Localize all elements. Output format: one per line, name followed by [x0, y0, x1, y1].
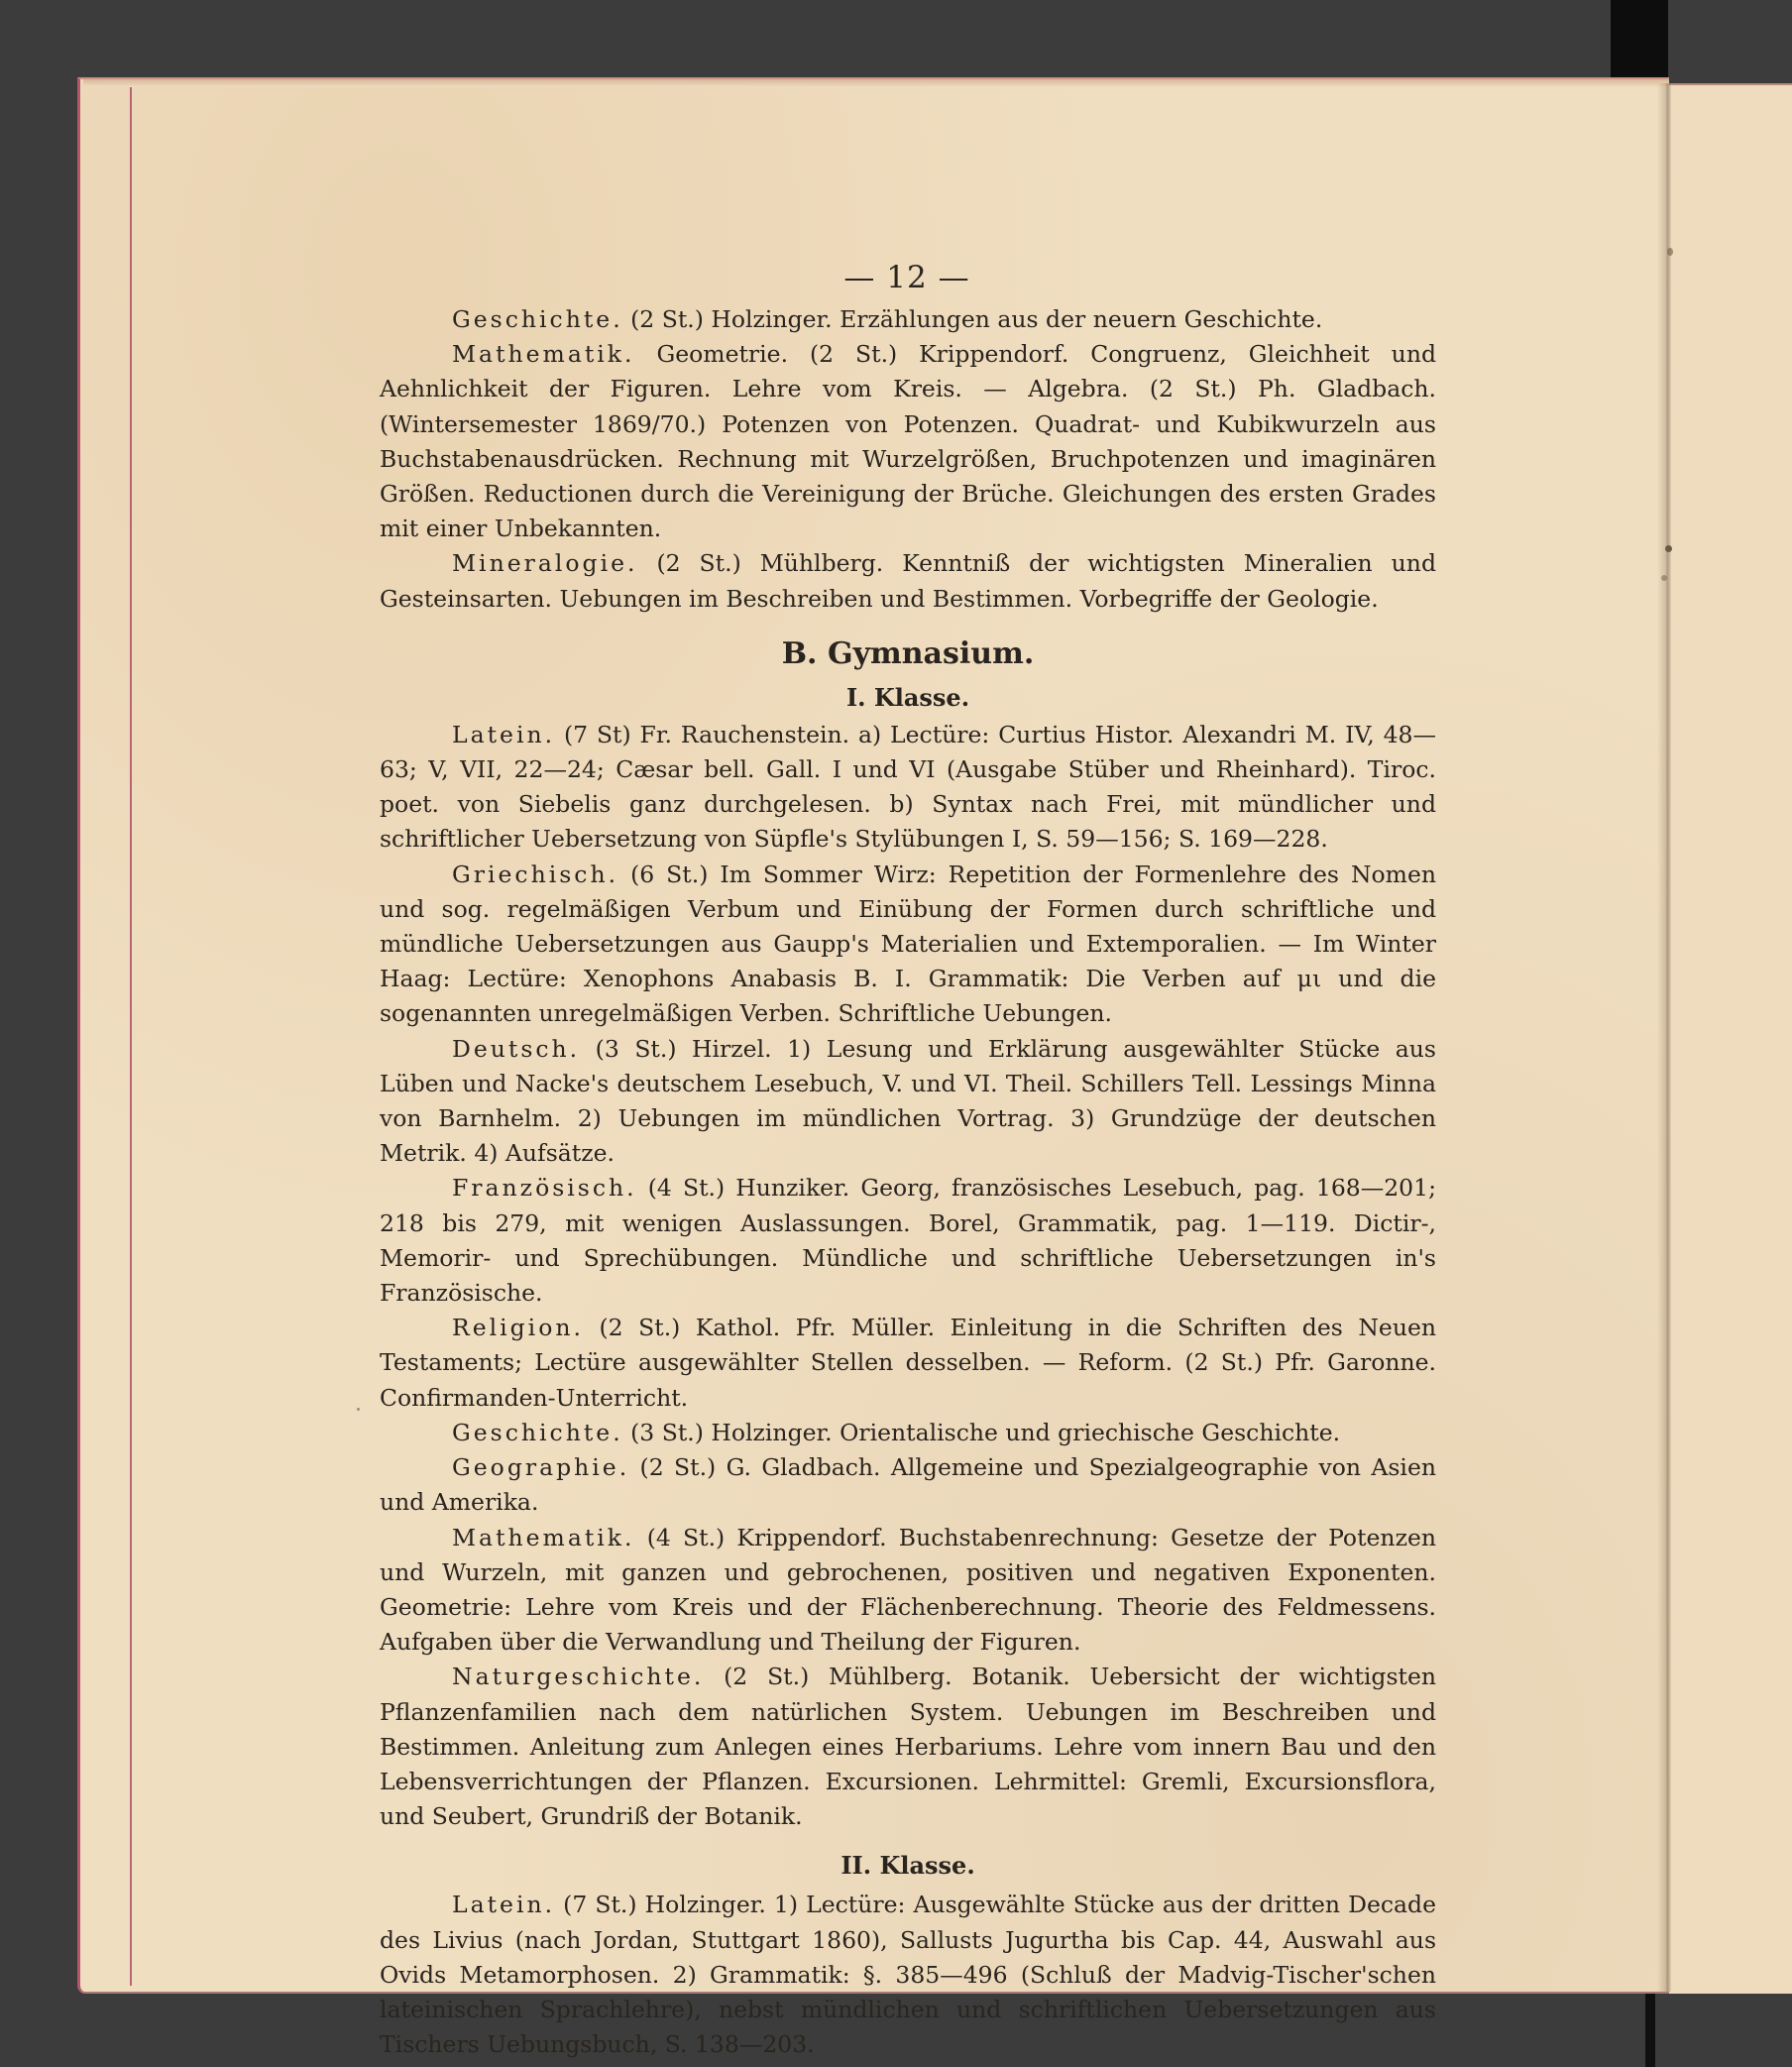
subject-label: Religion. [452, 1314, 584, 1341]
paragraph: Latein. (7 St) Fr. Rauchenstein. a) Lect… [380, 718, 1436, 858]
subject-label: Mathematik. [452, 340, 635, 368]
paper-blemish [1665, 545, 1672, 552]
paragraph: Mineralogie. (2 St.) Mühlberg. Kenntniß … [380, 546, 1436, 616]
paragraph: Naturgeschichte. (2 St.) Mühlberg. Botan… [380, 1660, 1436, 1834]
paragraph: Mathematik. (4 St.) Krippendorf. Buchsta… [380, 1521, 1436, 1661]
binding-rule-line [130, 87, 132, 1986]
page-top-edge [83, 79, 1669, 87]
subject-label: Mathematik. [452, 1524, 635, 1551]
background-gap [1611, 0, 1668, 83]
paper-blemish [1661, 575, 1667, 581]
subject-label: Naturgeschichte. [452, 1663, 704, 1690]
class-heading: II. Klasse. [380, 1848, 1436, 1884]
subject-label: Griechisch. [452, 861, 618, 888]
section-heading: B. Gymnasium. [380, 634, 1436, 674]
paragraph: Geschichte. (2 St.) Holzinger. Erzählung… [380, 302, 1436, 337]
subject-label: Französisch. [452, 1174, 637, 1202]
subject-label: Deutsch. [452, 1035, 580, 1063]
subject-label: Geographie. [452, 1453, 629, 1481]
subject-label: Mineralogie. [452, 549, 637, 577]
subject-label: Geschichte. [452, 305, 623, 333]
background-gap-bottom [1645, 1990, 1655, 2067]
paragraph: Mathematik. Geometrie. (2 St.) Krippendo… [380, 337, 1436, 546]
gutter-shadow [1657, 83, 1671, 1992]
paragraph: Französisch. (4 St.) Hunziker. Georg, fr… [380, 1171, 1436, 1311]
paper-blemish [357, 1408, 360, 1411]
paragraph: Geschichte. (3 St.) Holzinger. Orientali… [380, 1416, 1436, 1450]
paragraph: Geographie. (2 St.) G. Gladbach. Allgeme… [380, 1450, 1436, 1520]
subject-label: Latein. [452, 1891, 555, 1918]
right-facing-page [1666, 83, 1792, 1994]
paragraph: Deutsch. (3 St.) Hirzel. 1) Lesung und E… [380, 1032, 1436, 1172]
paragraph: Griechisch. (6 St.) Im Sommer Wirz: Repe… [380, 858, 1436, 1032]
paragraph: Latein. (7 St.) Holzinger. 1) Lectüre: A… [380, 1888, 1436, 2062]
subject-label: Geschichte. [452, 1419, 623, 1446]
page-text: Geschichte. (2 St.) Holzinger. Erzählung… [380, 302, 1436, 2062]
paper-blemish [1667, 248, 1673, 256]
class-heading: I. Klasse. [380, 680, 1436, 716]
page-number: — 12 — [808, 260, 1006, 295]
subject-label: Latein. [452, 721, 555, 748]
paragraph: Religion. (2 St.) Kathol. Pfr. Müller. E… [380, 1311, 1436, 1416]
